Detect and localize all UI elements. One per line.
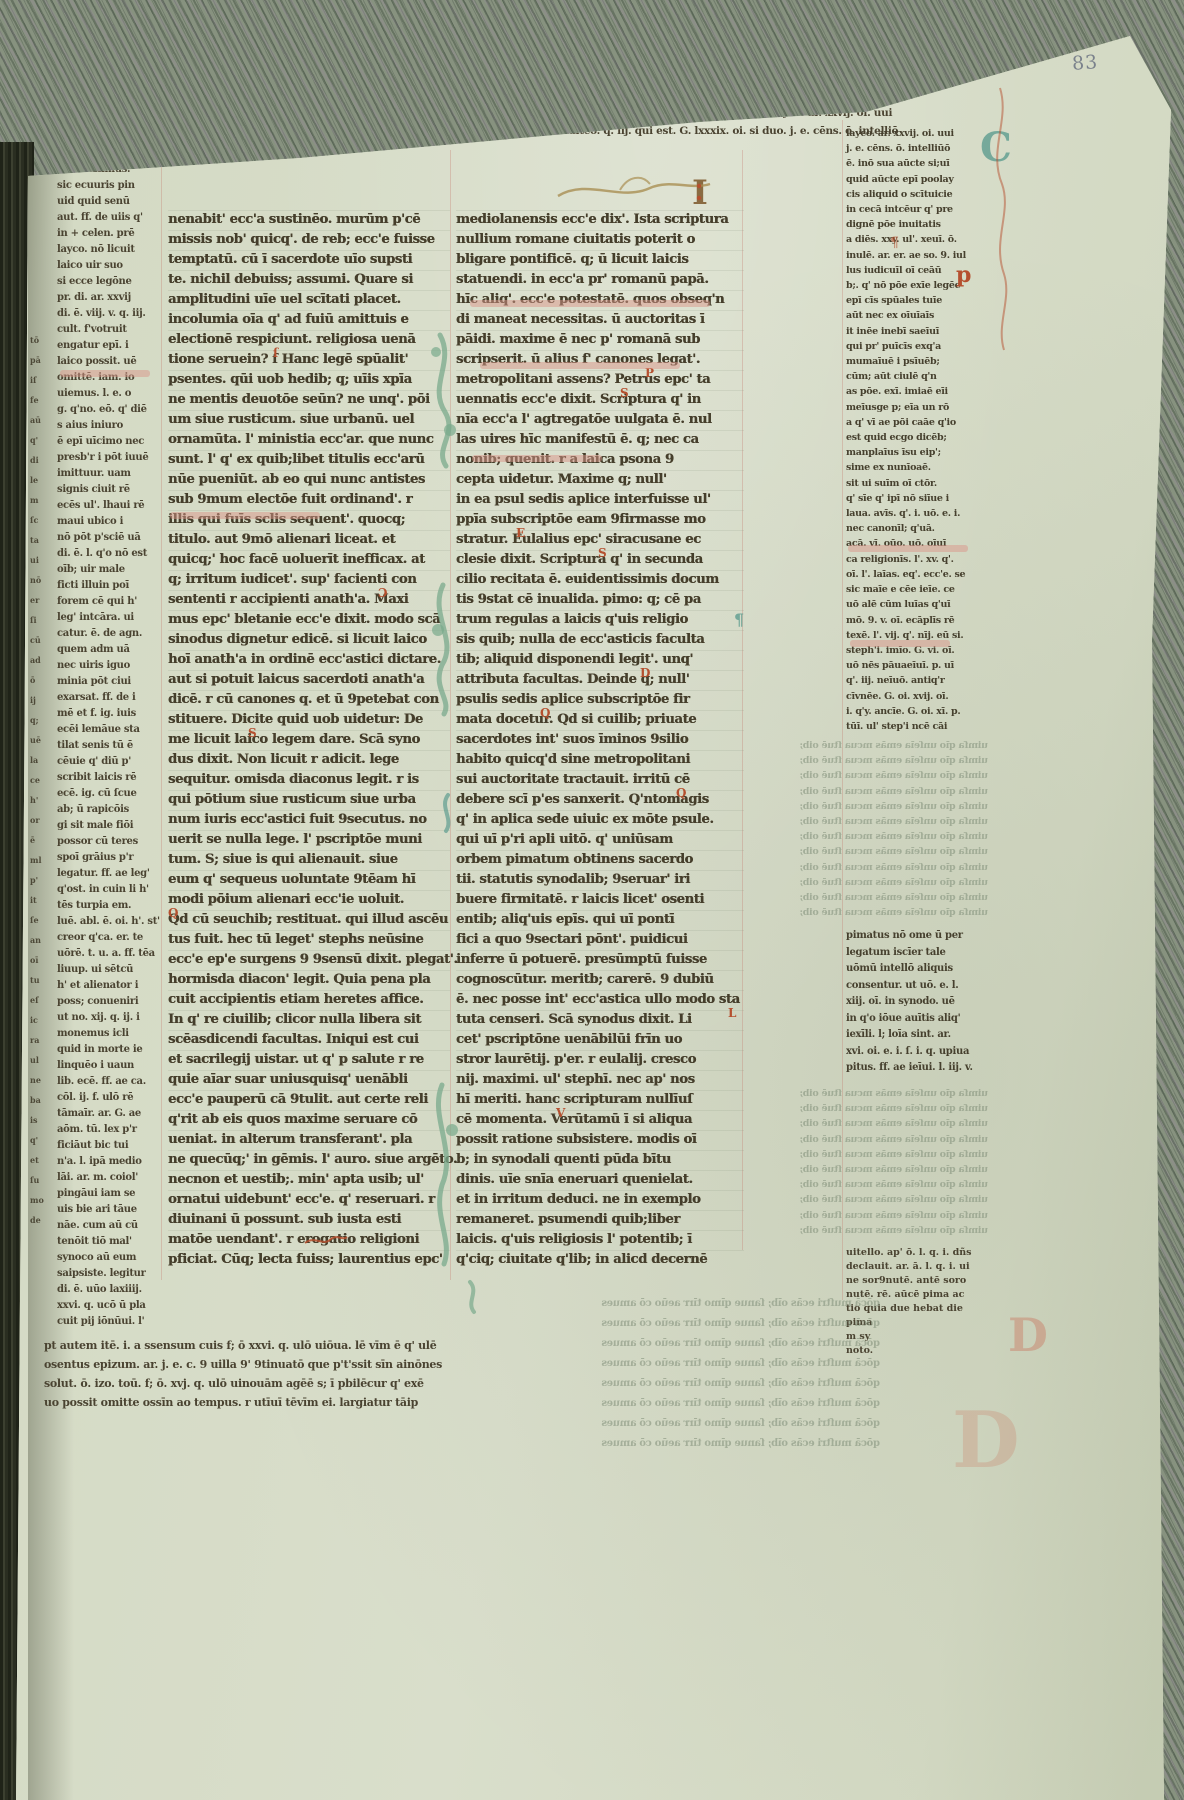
text-line: ra — [30, 1030, 54, 1050]
header-line: liet. eo rem. oi. ualteo. q. iij. qui es… — [474, 122, 774, 140]
initial-c-teal: C — [980, 128, 1012, 168]
text-line: quid in morte ie — [57, 1042, 161, 1058]
bleedthrough-line: qōcā muſtri ecās oīb; ſanue qīmo tīrr ae… — [300, 1294, 880, 1314]
bleedthrough-line: qōcā muſtri ecās oīb; ſanue qīmo tīrr ae… — [300, 1314, 880, 1334]
faded-inscription: seq'r pri — [1008, 27, 1060, 43]
text-line: di maneat necessitas. ū auctoritas ī — [456, 310, 744, 330]
text-line: amplitudini uīe uel scītati placet. — [168, 290, 450, 310]
manuscript-photo: seq'r pri 83 tes. i. pō statuentes rusti… — [0, 0, 1184, 1800]
text-line: et — [30, 1150, 54, 1170]
bleedthrough-line: qōcā muſtri ecās oīb; ſanue qīmo tīrr ae… — [300, 1434, 880, 1454]
text-line: dus dixit. Non licuit r adicit. lege — [168, 750, 450, 770]
text-line: h' et alienator i — [57, 978, 161, 994]
text-line: pāidi. maxime ē nec p' romanā sub — [456, 330, 744, 350]
text-line: buere firmitatē. r laicis licet' osenti — [456, 890, 744, 910]
header-line: petuuit rō ar ipī quīt; cām ecc'aticāni … — [474, 104, 774, 122]
text-line: ō — [30, 670, 54, 690]
text-line: scēasdicendi facultas. Iniqui est cui — [168, 1030, 450, 1050]
text-line: eſ — [30, 990, 54, 1010]
text-line: steph'i. imīo. G. vi. oī. — [846, 643, 988, 658]
text-line: ecēs ul'. lhaui rē — [57, 498, 161, 514]
text-line: laico possit. uē — [57, 354, 161, 370]
text-line: cēuie q' diū p' — [57, 754, 161, 770]
text-line: stituere. Dicite quid uob uidetur: De — [168, 710, 450, 730]
text-line: forem cē qui h' — [57, 594, 161, 610]
text-line: pitus. ff. ae ieīui. l. iij. v. — [846, 1060, 988, 1077]
red-strikethrough — [372, 128, 428, 131]
text-line: cis aliquid o scītuicie — [846, 187, 988, 202]
text-line: or — [30, 810, 54, 830]
text-line: ba — [30, 1090, 54, 1110]
text-line: legatum iscīer tale — [846, 945, 988, 962]
text-line: qui pr' puīcīs exq'a — [846, 339, 988, 354]
initial-orange: p — [956, 264, 971, 286]
bleedthrough-initial-d: D — [952, 1402, 1020, 1480]
text-line: sime ex nunīoaē. — [846, 460, 988, 475]
text-line: attributa facultas. Deinde q; null' — [456, 670, 744, 690]
main-column-2: mediolanensis ecc'e dix'. Ista scriptura… — [456, 210, 744, 1270]
text-line: remaneret. psumendi quib;liber — [456, 1210, 744, 1230]
text-line: stratur. Eulalius epc' siracusane ec — [456, 530, 744, 550]
text-line: ut no. xij. q. ij. i — [57, 1010, 161, 1026]
text-line: ecc'e ep'e surgens 9 9sensū dixit. plega… — [168, 950, 450, 970]
right-margin-bleedthrough-2: uimſa qīo unſeīa emās mcua ſtuē oib;uimſ… — [846, 1086, 988, 1238]
text-line: pingāui iam se — [57, 1186, 161, 1202]
text-line: cilio recitata ē. euidentissimis docum — [456, 570, 744, 590]
text-line: saipsiste. legitur — [57, 1266, 161, 1282]
text-line: aū — [30, 410, 54, 430]
text-line: laico uir suo — [57, 258, 161, 274]
text-line: mumaīuē i psīuēb; — [846, 354, 988, 369]
text-line: manplaīus īsu eip'; — [846, 445, 988, 460]
bleedthrough-line: uimſa qīo unſeīa emās mcua ſtuē oib; — [846, 844, 988, 859]
text-line: ficti illuin poī — [57, 578, 161, 594]
text-line: oīb; uir male — [57, 562, 161, 578]
text-line: illis qui fuīs sclis sequent'. quocq; — [168, 510, 450, 530]
bleedthrough-initial-d: D — [1008, 1312, 1048, 1358]
text-line: a diēs. xxy. ul'. xeuī. ō. — [846, 232, 988, 247]
text-line: lib. ecē. ff. ae ca. — [57, 1074, 161, 1090]
text-line: si ecce legōne — [57, 274, 161, 290]
text-line: catur. ē. de agn. — [57, 626, 161, 642]
text-line: di. ē. viij. v. q. iij. — [57, 306, 161, 322]
bleedthrough-line: qōcā muſtri ecās oīb; ſanue qīmo tīrr ae… — [300, 1334, 880, 1354]
text-line: eum q' sequeus uoluntate 9tēam hī — [168, 870, 450, 890]
bleedthrough-line: uimſa qīo unſeīa emās mcua ſtuē oib; — [846, 814, 988, 829]
text-line: et in irritum deduci. ne in exemplo — [456, 1190, 744, 1210]
text-line: sinodus dignetur edicē. si licuit laico — [168, 630, 450, 650]
text-line: di. ē. l. q'o nō est — [57, 546, 161, 562]
text-line: di. ē. uūo laxiiij. — [57, 1282, 161, 1298]
text-line: q' in aplica sede uiuic ex mōte psule. — [456, 810, 744, 830]
text-line: cōl. ij. f. ulō rē — [57, 1090, 161, 1106]
ruling-line — [161, 150, 162, 1280]
text-line: g. q'no. eō. q' diē — [57, 402, 161, 418]
text-line: uō alē cūm luīas q'uī — [846, 597, 988, 612]
text-line: consentur. ut uō. e. l. — [846, 978, 988, 995]
left-margin-gloss: uos maximus.sic ecuuris pinuid quid senū… — [57, 162, 161, 1330]
text-line: sequitur. omisda diaconus legit. r is — [168, 770, 450, 790]
text-line: qui pōtium siue rusticum siue urba — [168, 790, 450, 810]
text-line: inferre ū potuerē. presūmptū fuisse — [456, 950, 744, 970]
text-line: ornatui uidebunt' ecc'e. q' reseruari. r — [168, 1190, 450, 1210]
text-line: uid quid senū — [57, 194, 161, 210]
text-line: uitello. ap' ō. l. q. i. dñs — [846, 1246, 986, 1260]
text-line: entib; aliq'uis epīs. qui uī pontī — [456, 910, 744, 930]
text-line: bligare pontificē. q; ū licuit laicis — [456, 250, 744, 270]
text-line: er — [30, 590, 54, 610]
text-line: meīusge p; eīa un rō — [846, 400, 988, 415]
text-line: tilat senis tū ē — [57, 738, 161, 754]
bleedthrough-line: uimſa qīo unſeīa emās mcua ſtuē oib; — [846, 1132, 988, 1147]
bottom-bleedthrough: qōcā muſtri ecās oīb; ſanue qīmo tīrr ae… — [300, 1294, 880, 1454]
text-line: b; in synodali quenti pūda bītu — [456, 1150, 744, 1170]
text-line: declauit. ar. ā. l. q. i. ui — [846, 1260, 986, 1274]
text-line: fe — [30, 390, 54, 410]
text-line: epī cīs spūales tuīe — [846, 293, 988, 308]
text-line: tu — [30, 970, 54, 990]
text-line: signis ciuit rē — [57, 482, 161, 498]
text-line: aut. ff. de uiis q' — [57, 210, 161, 226]
text-line: tus fuit. hec tū leget' stephs neūsine — [168, 930, 450, 950]
text-line: ne mentis deuotōe seūn? ne unq'. pōi — [168, 390, 450, 410]
text-line: cognoscūtur. meritb; carerē. 9 dubiū — [456, 970, 744, 990]
text-line: te. nichil debuiss; assumi. Quare si — [168, 270, 450, 290]
text-line: nenabit' ecc'a sustinēo. murūm p'cē — [168, 210, 450, 230]
text-line: pimatus nō ome ū per — [846, 928, 988, 945]
text-line: layco. nō licuit — [57, 242, 161, 258]
bleedthrough-line: uimſa qīo unſeīa emās mcua ſtuē oib; — [846, 890, 988, 905]
text-line: missis nob' quicq'. de reb; ecc'e fuisse — [168, 230, 450, 250]
text-line: imittuur. uam — [57, 466, 161, 482]
text-line: sui auctoritate tractauit. irritū cē — [456, 770, 744, 790]
text-line: quem adm uā — [57, 642, 161, 658]
text-line: metropolitani assens? Petrus epc' ta — [456, 370, 744, 390]
text-line: layco. ar. xxvij. oi. uui — [846, 126, 988, 141]
text-line: ad — [30, 650, 54, 670]
text-line: ui — [30, 550, 54, 570]
text-line: tō — [30, 330, 54, 350]
text-line: ficiāut bic tui — [57, 1138, 161, 1154]
text-line: in + celen. prē — [57, 226, 161, 242]
bleedthrough-line: uimſa qīo unſeīa emās mcua ſtuē oib; — [846, 1192, 988, 1207]
text-line: sacerdotes int' suos īminos 9silio — [456, 730, 744, 750]
bleedthrough-line: qōcā muſtri ecās oīb; ſanue qīmo tīrr ae… — [300, 1374, 880, 1394]
text-line: hīc aliq'. ecc'e potestatē. quos obseq'n — [456, 290, 744, 310]
text-line: ab; ū rapicōis — [57, 802, 161, 818]
text-line: ic — [30, 1010, 54, 1030]
text-line: uerit se nulla lege. l' pscriptōe muni — [168, 830, 450, 850]
text-line: tum. S; siue is qui alienauit. siue — [168, 850, 450, 870]
text-line: tēs turpia em. — [57, 898, 161, 914]
text-line: acā. vī. oūo. uō. oīuī — [846, 536, 988, 551]
text-line: oī — [30, 950, 54, 970]
main-column-1: nenabit' ecc'a sustinēo. murūm p'cēmissi… — [168, 210, 450, 1270]
penwork-flourish-gold — [620, 178, 650, 190]
text-line: mē et f. ig. iuis — [57, 706, 161, 722]
text-line: temptatū. cū ī sacerdote uīo supsti — [168, 250, 450, 270]
text-line: la — [30, 750, 54, 770]
text-line: mō. 9. v. oī. ecāplīs rē — [846, 613, 988, 628]
text-line: ne quecūq;' in gēmis. l' auro. siue argē… — [168, 1150, 450, 1170]
text-line: laicis. q'uis religiosis l' potentib; ī — [456, 1230, 744, 1250]
text-line: nec canonīl; q'uā. — [846, 521, 988, 536]
bleedthrough-line: qōcā muſtri ecās oīb; ſanue qīmo tīrr ae… — [300, 1414, 880, 1434]
text-line: nō pōt p'sciē uā — [57, 530, 161, 546]
text-line: omittē. iam. io — [57, 370, 161, 386]
text-line: necnon et uestib;. min' apta usib; ul' — [168, 1170, 450, 1190]
text-line: ē. inō sua aūcte si;uī — [846, 156, 988, 171]
text-line: presb'r i pōt iuuē — [57, 450, 161, 466]
right-margin-gloss-a: layco. ar. xxvij. oi. uuij. e. cēns. ō. … — [846, 126, 988, 734]
text-line: cūm; aūt ciulē q'n — [846, 369, 988, 384]
ruling-line — [450, 150, 451, 1280]
text-line: q'rit ab eis quos maxime seruare cō — [168, 1110, 450, 1130]
text-line: mo — [30, 1190, 54, 1210]
text-line: cepta uidetur. Maxime q; null' — [456, 470, 744, 490]
text-line: et sacrilegij uistar. ut q' p salute r r… — [168, 1050, 450, 1070]
text-line: as pōe. exī. imiaē eīi — [846, 384, 988, 399]
text-line: ul — [30, 1050, 54, 1070]
text-line: cult. f'votruit — [57, 322, 161, 338]
text-line: tib; aliquid disponendi legit'. unq' — [456, 650, 744, 670]
header-gloss-left: tes. i. pō statuentes rusticū quos sit r… — [60, 100, 432, 136]
text-line: tis 9stat cē inualida. pimo: q; cē pa — [456, 590, 744, 610]
text-line: monemus icli — [57, 1026, 161, 1042]
text-line: statuendi. in ecc'a pr' romanū papā. — [456, 270, 744, 290]
text-line: ij — [30, 690, 54, 710]
bleedthrough-line: uimſa qīo unſeīa emās mcua ſtuē oib; — [846, 784, 988, 799]
initial-p-blue: P — [432, 96, 467, 142]
text-line: tione seruein? ſ Hanc legē spūalit' — [168, 350, 450, 370]
header-gloss-right: petuuit rō ar ipī quīt; cām ecc'aticāni … — [474, 104, 774, 140]
text-line: uos maximus. — [57, 162, 161, 178]
text-line: texē. l'. vij. q'. nīj. eū si. — [846, 628, 988, 643]
text-line: p' — [30, 870, 54, 890]
text-line: hoī anath'a in ordinē ecc'astici dictare… — [168, 650, 450, 670]
right-margin-bleedthrough-1: uimſa qīo unſeīa emās mcua ſtuē oib;uimſ… — [846, 738, 988, 920]
text-line: inulē. ar. er. ae so. 9. iul — [846, 248, 988, 263]
text-line: est quid ecgo dicēb; — [846, 430, 988, 445]
bleedthrough-line: uimſa qīo unſeīa emās mcua ſtuē oib; — [846, 799, 988, 814]
pilcrow-pink: ¶ — [890, 236, 899, 250]
text-line: electionē respiciunt. religiosa uenā — [168, 330, 450, 350]
text-line: fici a quo 9sectari pōnt'. puidicui — [456, 930, 744, 950]
text-line: um siue rusticum. siue urbanū. uel — [168, 410, 450, 430]
text-line: leg' intcāra. ui — [57, 610, 161, 626]
text-line: q' — [30, 1130, 54, 1150]
text-line: linquēo i uaun — [57, 1058, 161, 1074]
text-line: uiemus. l. e. o — [57, 386, 161, 402]
header-line: tes. i. pō statuentes rusticū quos sit r… — [60, 100, 432, 118]
text-line: creor q'ca. er. te — [57, 930, 161, 946]
text-line: mediolanensis ecc'e dix'. Ista scriptura — [456, 210, 744, 230]
text-line: pr. di. ar. xxvij — [57, 290, 161, 306]
text-line: ne — [30, 1070, 54, 1090]
text-line: debere scī p'es sanxerit. Q'ntomagis — [456, 790, 744, 810]
text-line: quie aīar suar uniusquisq' uenābli — [168, 1070, 450, 1090]
text-line: i. q'y. ancīe. G. oi. xī. p. — [846, 704, 988, 719]
text-line: possit ratione subsistere. modis oī — [456, 1130, 744, 1150]
initial-i-penwork: I — [692, 176, 708, 210]
bleedthrough-line: uimſa qīo unſeīa emās mcua ſtuē oib; — [846, 768, 988, 783]
text-line: scripserit. ū alius f' canones legat'. — [456, 350, 744, 370]
text-line: it inēe inebī saeīuī — [846, 324, 988, 339]
bleedthrough-line: uimſa qīo unſeīa emās mcua ſtuē oib; — [846, 1162, 988, 1177]
text-line: modi pōium alienari ecc'ie uoluit. — [168, 890, 450, 910]
text-line: sic ecuuris pin — [57, 178, 161, 194]
text-line: q' sīe q' ipī nō siīue i — [846, 491, 988, 506]
text-line: sunt. l' q' ex quib;libet titulis ecc'ar… — [168, 450, 450, 470]
text-line: dicē. r cū canones q. et ū 9petebat con — [168, 690, 450, 710]
text-line: exarsat. ff. de i — [57, 690, 161, 706]
folio-number: 83 — [1071, 51, 1099, 75]
text-line: In q' re ciuilib; clicor nulla libera si… — [168, 1010, 450, 1030]
text-line: hormisda diacon' legit. Quia pena pla — [168, 970, 450, 990]
text-line: legatur. ff. ae leg' — [57, 866, 161, 882]
text-line: in cecā intcēur q' pre — [846, 202, 988, 217]
text-line: xvi. oi. e. i. ſ. i. q. upiua — [846, 1044, 988, 1061]
text-line: sit ui suīm oī ctōr. — [846, 476, 988, 491]
text-line: orbem pimatum obtinens sacerdo — [456, 850, 744, 870]
bleedthrough-line: uimſa qīo unſeīa emās mcua ſtuē oib; — [846, 1223, 988, 1238]
text-line: uis bie ari tāue — [57, 1202, 161, 1218]
text-line: spoī grāius p'r — [57, 850, 161, 866]
red-strikethrough — [474, 110, 545, 114]
text-line: possor cū teres — [57, 834, 161, 850]
text-line: ppīa subscriptōe eam 9firmasse mo — [456, 510, 744, 530]
bleedthrough-line: uimſa qīo unſeīa emās mcua ſtuē oib; — [846, 1101, 988, 1116]
text-line: tii. statutis synodalib; 9seruar' iri — [456, 870, 744, 890]
text-line: ē — [30, 830, 54, 850]
text-line: incolumia oīa q' ad fuiū amittuis e — [168, 310, 450, 330]
text-line: qui uī p'ri apli uitō. q' uniūsam — [456, 830, 744, 850]
text-line: matōe uendant'. r erogatio religioni — [168, 1230, 450, 1250]
text-line: ſu — [30, 1170, 54, 1190]
bleedthrough-line: qōcā muſtri ecās oīb; ſanue qīmo tīrr ae… — [300, 1394, 880, 1414]
text-line: ē epī uīcimo nec — [57, 434, 161, 450]
text-line: ē. nec posse int' ecc'astica ullo modo s… — [456, 990, 744, 1010]
text-line: tāmaīr. ar. G. ae — [57, 1106, 161, 1122]
text-line: quid aūcte epī poolay — [846, 172, 988, 187]
text-line: mata docetur. Qd si cuilib; priuate — [456, 710, 744, 730]
text-line: nūe pueniūt. ab eo qui nunc antistes — [168, 470, 450, 490]
text-line: psulis sedis aplice subscriptōe fir — [456, 690, 744, 710]
text-line: tūī. ul' step'i ncē cāi — [846, 719, 988, 734]
text-line: stror laurētij. p'er. r eulalij. cresco — [456, 1050, 744, 1070]
text-line: engatur epī. i — [57, 338, 161, 354]
text-line: ne sor9nutē. antē soro — [846, 1274, 986, 1288]
text-line: ecē. ig. cū ſcue — [57, 786, 161, 802]
text-line: cū — [30, 630, 54, 650]
text-line: an — [30, 930, 54, 950]
text-line: lāi. ar. m. coiol' — [57, 1170, 161, 1186]
text-line: nīa ecc'a l' agtregatōe uulgata ē. nul — [456, 410, 744, 430]
text-line: q'ciq; ciuitate q'lib; in alicd decernē — [456, 1250, 744, 1270]
text-line: sententi r accipienti anath'a. Maxi — [168, 590, 450, 610]
text-line: cuit accipientis etiam heretes affice. — [168, 990, 450, 1010]
text-line: uennatis ecc'e dixit. Scriptura q' in — [456, 390, 744, 410]
text-line: cet' pscriptōne uenābilūi frīn uo — [456, 1030, 744, 1050]
text-line: sic maīe e cēe ieīe. ce — [846, 582, 988, 597]
bleedthrough-line: uimſa qīo unſeīa emās mcua ſtuē oib; — [846, 753, 988, 768]
text-line: clesie dixit. Scriptura q' in secunda — [456, 550, 744, 570]
text-line: q; irritum iudicet'. sup' facienti con — [168, 570, 450, 590]
text-line: h' — [30, 790, 54, 810]
text-line: ſe — [30, 910, 54, 930]
text-line: pā — [30, 350, 54, 370]
text-line: uē — [30, 730, 54, 750]
gutter-cutoff-text: tōpāiſfeaūq'dilemſctauinōerſicūadōijq;uē… — [30, 330, 54, 1230]
text-line: gi sit male fiōi — [57, 818, 161, 834]
text-line: cē momenta. Verūtamū ī si aliqua — [456, 1110, 744, 1130]
text-line: le — [30, 470, 54, 490]
text-line: psentes. qūi uob hedib; q; uīis xpīa — [168, 370, 450, 390]
text-line: di — [30, 450, 54, 470]
text-line: in ea psul sedis aplice interfuisse ul' — [456, 490, 744, 510]
text-line: tuta censeri. Scā synodus dixit. Li — [456, 1010, 744, 1030]
text-line: m — [30, 490, 54, 510]
text-line: nullium romane ciuitatis poterit o — [456, 230, 744, 250]
right-margin-gloss-c: pimatus nō ome ū perlegatum iscīer taleu… — [846, 928, 988, 1077]
text-line: xxvi. q. ucō ū pla — [57, 1298, 161, 1314]
text-line: maui ubico i — [57, 514, 161, 530]
text-line: iexīli. l; loīa sint. ar. — [846, 1027, 988, 1044]
text-line: aūt nec ex oīuīaīs — [846, 308, 988, 323]
text-line: minia pōt ciui — [57, 674, 161, 690]
bleedthrough-line: uimſa qīo unſeīa emās mcua ſtuē oib; — [846, 860, 988, 875]
bleedthrough-line: uimſa qīo unſeīa emās mcua ſtuē oib; — [846, 1147, 988, 1162]
text-line: liuup. ui sētcū — [57, 962, 161, 978]
text-line: cīvnēe. G. oi. xvij. oī. — [846, 689, 988, 704]
text-line: ce — [30, 770, 54, 790]
text-line: titulo. aut 9mō alienari liceat. et — [168, 530, 450, 550]
bleedthrough-line: uimſa qīo unſeīa emās mcua ſtuē oib; — [846, 1208, 988, 1223]
text-line: xiij. oī. in synodo. uē — [846, 994, 988, 1011]
text-line: dinis. uīe snīa eneruari quenielat. — [456, 1170, 744, 1190]
text-line: trum regulas a laicis q'uis religio — [456, 610, 744, 630]
text-line: dignē pōe inuitatis — [846, 217, 988, 232]
text-line: quicq;' hoc facē uoluerīt inefficax. at — [168, 550, 450, 570]
text-line: ſi — [30, 610, 54, 630]
text-line: sis quib; nulla de ecc'asticis faculta — [456, 630, 744, 650]
text-line: num iuris ecc'astici fuit 9secutus. no — [168, 810, 450, 830]
text-line: diuinani ū possunt. sub iusta esti — [168, 1210, 450, 1230]
text-line: uō nēs pāuaeīuī. p. uī — [846, 658, 988, 673]
text-line: nō — [30, 570, 54, 590]
bleedthrough-line: uimſa qīo unſeīa emās mcua ſtuē oib; — [846, 1116, 988, 1131]
text-line: a q' vī ae pōi caāe q'io — [846, 415, 988, 430]
text-line: tenōit tiō mal' — [57, 1234, 161, 1250]
bleedthrough-line: uimſa qīo unſeīa emās mcua ſtuē oib; — [846, 829, 988, 844]
text-line: ecc'e pauperū cā 9tulit. aut certe reli — [168, 1090, 450, 1110]
text-line: ca religionīs. l'. xv. q'. — [846, 552, 988, 567]
text-line: habito quicq'd sine metropolitani — [456, 750, 744, 770]
bleedthrough-line: uimſa qīo unſeīa emās mcua ſtuē oib; — [846, 1086, 988, 1101]
text-line: cuit pij iōnūui. l' — [57, 1314, 161, 1330]
text-line: uōmū intellō aliquis — [846, 961, 988, 978]
text-line: nec uiris iguo — [57, 658, 161, 674]
text-line: s aius iniuro — [57, 418, 161, 434]
bleedthrough-line: uimſa qīo unſeīa emās mcua ſtuē oib; — [846, 1177, 988, 1192]
bleedthrough-line: uimſa qīo unſeīa emās mcua ſtuē oib; — [846, 738, 988, 753]
red-strikethrough — [352, 107, 430, 112]
text-line: is — [30, 1110, 54, 1130]
penwork-flourish-gold — [558, 184, 710, 196]
text-line: in q'o iōue auītis aliq' — [846, 1011, 988, 1028]
text-line: ueniat. in alterum transferant'. pla — [168, 1130, 450, 1150]
text-line: ta — [30, 530, 54, 550]
